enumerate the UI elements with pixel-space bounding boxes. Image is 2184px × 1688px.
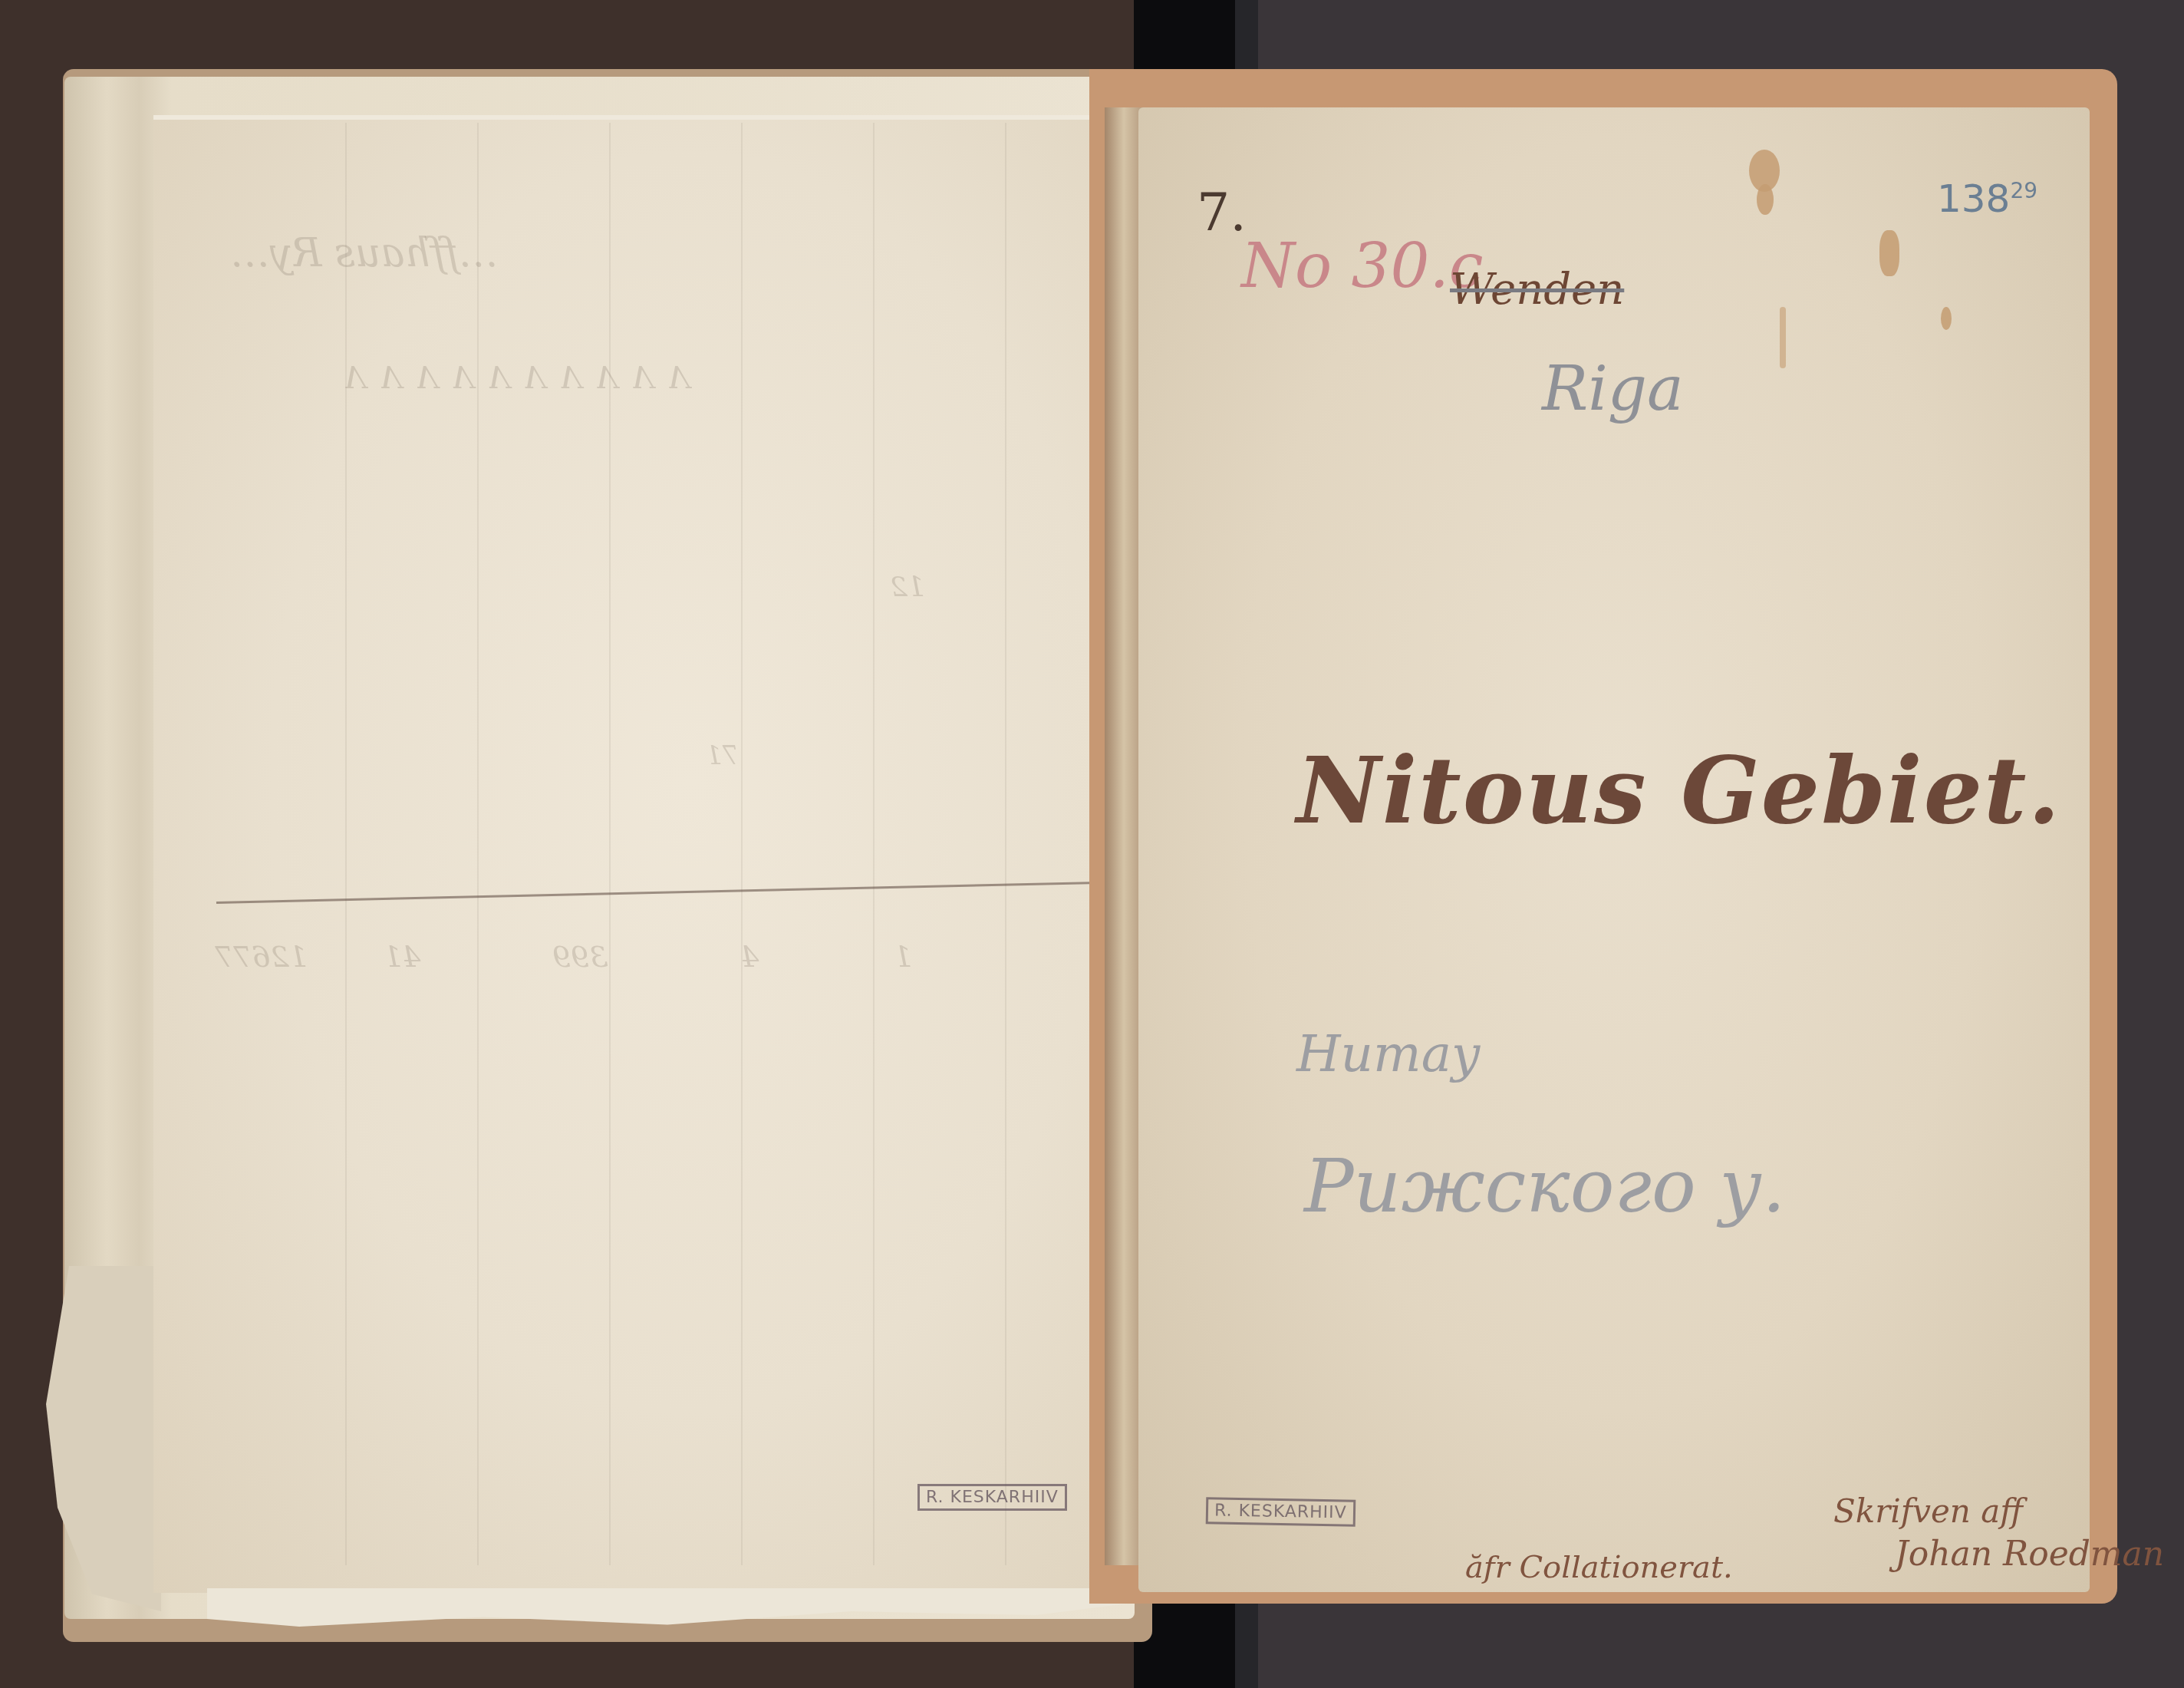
right-page: [1138, 107, 2090, 1592]
archive-reference: No 30.c: [1241, 230, 1484, 302]
archive-stamp-left: R. KESKARHIIV: [917, 1484, 1067, 1511]
collation-note: ăfr Collationerat.: [1465, 1550, 1733, 1585]
page-number-superscript: 29: [2010, 178, 2037, 203]
pencil-annotation-line1: Нитау: [1296, 1024, 1481, 1083]
folio-number: 7.: [1197, 183, 1247, 243]
signature-prefix: Skrifven aff: [1833, 1492, 2023, 1530]
place-name: Riga: [1542, 353, 1684, 424]
archive-stamp-right: R. KESKARHIIV: [1206, 1497, 1356, 1526]
stain: [1941, 307, 1952, 330]
stain: [1780, 307, 1786, 368]
bleed-through-side-number: 12: [890, 572, 925, 603]
stain: [1879, 230, 1899, 276]
binding-strip: [1105, 107, 1143, 1565]
bleed-through-number: 41: [384, 940, 420, 974]
page-number-main: 138: [1937, 176, 2010, 221]
bleed-through-number: 12677: [215, 940, 308, 974]
bleed-through-heading: …ffhaus Ry…: [230, 230, 499, 276]
document-title: Nitous Gebiet.: [1296, 737, 2061, 845]
struck-through-place: Wenden: [1450, 265, 1624, 315]
bleed-through-number: 1: [894, 940, 912, 974]
bleed-through-side-number: 71: [706, 740, 739, 771]
signature-name: Johan Roedman: [1895, 1535, 2164, 1574]
bleed-through-number: 399: [552, 940, 608, 974]
page-number: 13829: [1937, 176, 2037, 221]
stain: [1757, 184, 1774, 215]
bleed-through-row: ɅɅɅɅɅɅɅɅɅɅ: [330, 361, 690, 396]
pencil-annotation-line2: Рижского у.: [1304, 1143, 1785, 1229]
bleed-through-number: 4: [740, 940, 759, 974]
ruled-columns: [215, 123, 1120, 1565]
